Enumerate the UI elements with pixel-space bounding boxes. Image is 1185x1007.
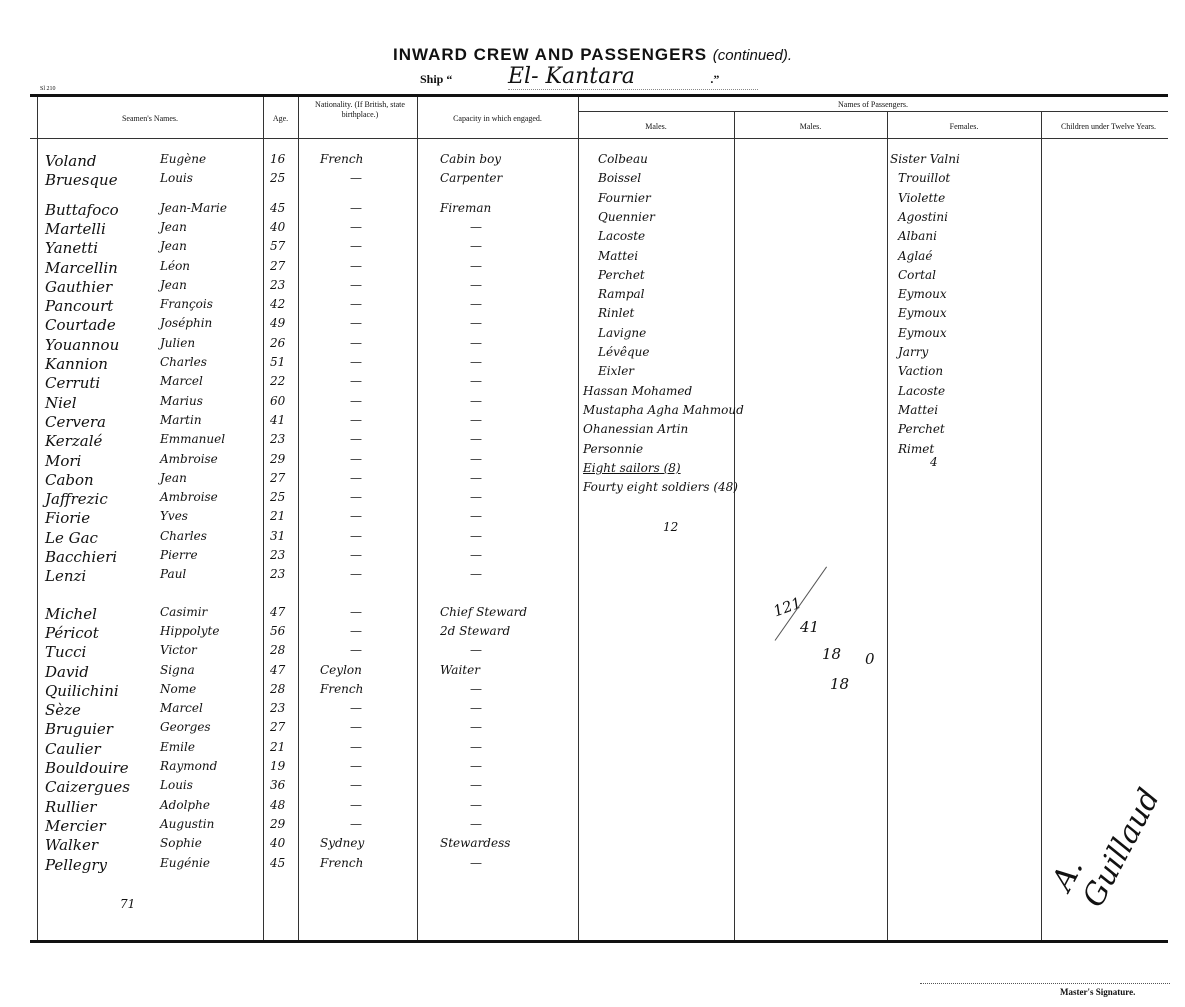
crew-capacity: Stewardess <box>440 836 510 850</box>
header-passengers: Names of Passengers. <box>578 100 1168 110</box>
crew-nationality: — <box>350 394 362 408</box>
passenger-male: Eight sailors (8) <box>583 461 681 475</box>
passenger-male: Perchet <box>598 268 645 282</box>
crew-given-name: Yves <box>160 509 188 523</box>
crew-surname: Mori <box>45 452 81 470</box>
crew-age: 29 <box>270 452 285 466</box>
passenger-male: Lavigne <box>598 326 646 340</box>
ship-label-text: Ship “ <box>420 72 452 86</box>
crew-given-name: Ambroise <box>160 490 218 504</box>
crew-given-name: Joséphin <box>160 316 212 330</box>
crew-surname: Niel <box>45 394 77 412</box>
crew-capacity: — <box>470 548 482 562</box>
table-row: YouannouJulien26—— <box>0 336 1185 355</box>
passenger-female: Aglaé <box>898 249 932 263</box>
crew-nationality: French <box>320 152 363 166</box>
crew-capacity: — <box>470 778 482 792</box>
header-rule <box>30 138 1168 139</box>
crew-given-name: Adolphe <box>160 798 210 812</box>
passenger-male: Rampal <box>598 287 645 301</box>
table-row: BruesqueLouis25—Carpenter <box>0 171 1185 190</box>
passenger-female: Mattei <box>898 403 938 417</box>
crew-nationality: — <box>350 798 362 812</box>
crew-capacity: — <box>470 529 482 543</box>
crew-age: 40 <box>270 220 285 234</box>
table-row: VolandEugène16FrenchCabin boy <box>0 152 1185 171</box>
table-row: FiorieYves21—— <box>0 509 1185 528</box>
table-row: MercierAugustin29—— <box>0 817 1185 836</box>
table-row: YanettiJean57—— <box>0 239 1185 258</box>
crew-age: 27 <box>270 471 285 485</box>
table-row: TucciVictor28—— <box>0 643 1185 662</box>
table-row: PellegryEugénie45French— <box>0 856 1185 875</box>
table-row: CaulierEmile21—— <box>0 740 1185 759</box>
passenger-female: Eymoux <box>898 326 947 340</box>
crew-surname: Le Gac <box>45 529 98 547</box>
crew-surname: Michel <box>45 605 97 623</box>
crew-surname: Voland <box>45 152 97 170</box>
crew-given-name: Charles <box>160 355 207 369</box>
crew-nationality: — <box>350 643 362 657</box>
crew-given-name: Charles <box>160 529 207 543</box>
crew-age: 28 <box>270 682 285 696</box>
crew-surname: David <box>45 663 89 681</box>
crew-nationality: — <box>350 548 362 562</box>
crew-surname: Kerzalé <box>45 432 102 450</box>
crew-given-name: Eugène <box>160 152 206 166</box>
crew-capacity: Carpenter <box>440 171 502 185</box>
table-row: CourtadeJoséphin49—— <box>0 316 1185 335</box>
females-total: 4 <box>930 455 938 469</box>
crew-given-name: Emile <box>160 740 195 754</box>
table-row: BruguierGeorges27—— <box>0 720 1185 739</box>
crew-given-name: Léon <box>160 259 190 273</box>
crew-surname: Caulier <box>45 740 101 758</box>
crew-given-name: Victor <box>160 643 197 657</box>
table-row: CaizerguesLouis36—— <box>0 778 1185 797</box>
crew-nationality: — <box>350 452 362 466</box>
crew-capacity: — <box>470 374 482 388</box>
crew-given-name: Jean <box>160 220 187 234</box>
crew-surname: Pancourt <box>45 297 113 315</box>
crew-nationality: — <box>350 471 362 485</box>
crew-capacity: — <box>470 701 482 715</box>
crew-surname: Bouldouire <box>45 759 129 777</box>
crew-nationality: — <box>350 509 362 523</box>
crew-nationality: — <box>350 413 362 427</box>
header-males-1: Males. <box>578 122 734 132</box>
crew-nationality: — <box>350 355 362 369</box>
crew-nationality: — <box>350 374 362 388</box>
crew-capacity: — <box>470 567 482 581</box>
crew-surname: Lenzi <box>45 567 86 585</box>
crew-surname: Kannion <box>45 355 108 373</box>
title-suffix: (continued). <box>713 47 792 64</box>
crew-capacity: — <box>470 759 482 773</box>
table-row: GauthierJean23—— <box>0 278 1185 297</box>
passenger-male: Ohanessian Artin <box>583 422 688 436</box>
crew-age: 23 <box>270 432 285 446</box>
passenger-female: Trouillot <box>898 171 950 185</box>
crew-capacity: — <box>470 394 482 408</box>
crew-surname: Courtade <box>45 316 116 334</box>
crew-given-name: Paul <box>160 567 186 581</box>
crew-capacity: — <box>470 509 482 523</box>
crew-age: 21 <box>270 740 285 754</box>
title-text: INWARD CREW AND PASSENGERS <box>393 45 707 64</box>
crew-age: 29 <box>270 817 285 831</box>
crew-nationality: — <box>350 740 362 754</box>
crew-given-name: Casimir <box>160 605 207 619</box>
crew-given-name: Augustin <box>160 817 214 831</box>
crew-surname: Quilichini <box>45 682 119 700</box>
crew-surname: Martelli <box>45 220 106 238</box>
crew-nationality: — <box>350 605 362 619</box>
crew-surname: Buttafoco <box>45 201 119 219</box>
crew-capacity: — <box>470 432 482 446</box>
crew-surname: Caizergues <box>45 778 130 796</box>
crew-total: 71 <box>120 897 135 911</box>
crew-capacity: — <box>470 220 482 234</box>
crew-nationality: — <box>350 759 362 773</box>
crew-age: 49 <box>270 316 285 330</box>
crew-age: 22 <box>270 374 285 388</box>
crew-capacity: — <box>470 471 482 485</box>
crew-capacity: — <box>470 817 482 831</box>
crew-capacity: — <box>470 259 482 273</box>
crew-given-name: Emmanuel <box>160 432 225 446</box>
tally-2: 41 <box>800 618 819 636</box>
crew-given-name: Pierre <box>160 548 198 562</box>
header-children: Children under Twelve Years. <box>1041 122 1176 132</box>
passenger-female: Vaction <box>898 364 943 378</box>
crew-capacity: — <box>470 355 482 369</box>
crew-capacity: — <box>470 720 482 734</box>
crew-age: 19 <box>270 759 285 773</box>
crew-given-name: Raymond <box>160 759 217 773</box>
males-total: 12 <box>663 520 678 534</box>
table-row: SèzeMarcel23—— <box>0 701 1185 720</box>
crew-given-name: Martin <box>160 413 202 427</box>
crew-age: 25 <box>270 490 285 504</box>
crew-age: 57 <box>270 239 285 253</box>
crew-age: 47 <box>270 663 285 677</box>
crew-nationality: French <box>320 682 363 696</box>
table-row: MichelCasimir47—Chief Steward <box>0 605 1185 624</box>
crew-given-name: Jean-Marie <box>160 201 227 215</box>
passenger-female: Eymoux <box>898 306 947 320</box>
crew-surname: Jaffrezic <box>45 490 108 508</box>
passenger-female: Sister Valni <box>890 152 960 166</box>
crew-given-name: Ambroise <box>160 452 218 466</box>
header-capacity: Capacity in which engaged. <box>417 114 578 124</box>
crew-capacity: — <box>470 239 482 253</box>
crew-capacity: — <box>470 413 482 427</box>
crew-nationality: Ceylon <box>320 663 362 677</box>
table-row: WalkerSophie40SydneyStewardess <box>0 836 1185 855</box>
crew-given-name: Sophie <box>160 836 202 850</box>
crew-nationality: — <box>350 201 362 215</box>
passenger-male: Lévêque <box>598 345 649 359</box>
crew-given-name: Signa <box>160 663 195 677</box>
crew-surname: Gauthier <box>45 278 112 296</box>
tally-4: 18 <box>830 675 849 693</box>
crew-capacity: — <box>470 297 482 311</box>
passenger-male: Mattei <box>598 249 638 263</box>
passenger-female: Violette <box>898 191 945 205</box>
crew-age: 45 <box>270 201 285 215</box>
passenger-female: Eymoux <box>898 287 947 301</box>
table-row: KannionCharles51—— <box>0 355 1185 374</box>
passenger-female: Rimet <box>898 442 934 456</box>
table-row: LenziPaul23—— <box>0 567 1185 586</box>
crew-given-name: Hippolyte <box>160 624 219 638</box>
crew-surname: Bacchieri <box>45 548 117 566</box>
crew-nationality: — <box>350 778 362 792</box>
crew-surname: Bruesque <box>45 171 118 189</box>
crew-surname: Cervera <box>45 413 106 431</box>
table-row: QuilichiniNome28French— <box>0 682 1185 701</box>
passenger-female: Cortal <box>898 268 936 282</box>
signature-label: Master's Signature. <box>1060 987 1135 997</box>
passenger-subheader-rule <box>578 111 1168 112</box>
crew-age: 60 <box>270 394 285 408</box>
crew-capacity: — <box>470 643 482 657</box>
crew-surname: Rullier <box>45 798 96 816</box>
table-row: PancourtFrançois42—— <box>0 297 1185 316</box>
crew-given-name: Eugénie <box>160 856 210 870</box>
crew-capacity: — <box>470 856 482 870</box>
passenger-male: Eixler <box>598 364 634 378</box>
passenger-male: Personnie <box>583 442 643 456</box>
table-row: Le GacCharles31—— <box>0 529 1185 548</box>
crew-age: 26 <box>270 336 285 350</box>
crew-surname: Mercier <box>45 817 106 835</box>
passenger-male: Quennier <box>598 210 655 224</box>
crew-given-name: François <box>160 297 213 311</box>
crew-age: 27 <box>270 720 285 734</box>
crew-capacity: — <box>470 490 482 504</box>
crew-surname: Marcellin <box>45 259 118 277</box>
crew-surname: Walker <box>45 836 98 854</box>
crew-nationality: French <box>320 856 363 870</box>
passenger-female: Perchet <box>898 422 945 436</box>
crew-nationality: — <box>350 720 362 734</box>
table-row: PéricotHippolyte56—2d Steward <box>0 624 1185 643</box>
crew-given-name: Marcel <box>160 701 203 715</box>
passenger-male: Colbeau <box>598 152 648 166</box>
crew-surname: Péricot <box>45 624 99 642</box>
crew-age: 23 <box>270 567 285 581</box>
crew-capacity: Cabin boy <box>440 152 501 166</box>
tally-5: 0 <box>865 650 875 668</box>
crew-nationality: — <box>350 239 362 253</box>
crew-nationality: Sydney <box>320 836 364 850</box>
page-title: INWARD CREW AND PASSENGERS (continued). <box>0 45 1185 65</box>
crew-surname: Cerruti <box>45 374 100 392</box>
crew-capacity: — <box>470 798 482 812</box>
crew-nationality: — <box>350 701 362 715</box>
tally-3: 18 <box>822 645 841 663</box>
header-age: Age. <box>263 114 298 124</box>
crew-age: 23 <box>270 701 285 715</box>
crew-capacity: — <box>470 682 482 696</box>
crew-given-name: Jean <box>160 239 187 253</box>
crew-nationality: — <box>350 624 362 638</box>
crew-nationality: — <box>350 336 362 350</box>
crew-age: 40 <box>270 836 285 850</box>
crew-capacity: — <box>470 452 482 466</box>
crew-age: 56 <box>270 624 285 638</box>
crew-surname: Fiorie <box>45 509 90 527</box>
header-males-2: Males. <box>734 122 887 132</box>
crew-nationality: — <box>350 316 362 330</box>
crew-surname: Yanetti <box>45 239 98 257</box>
crew-nationality: — <box>350 220 362 234</box>
crew-given-name: Jean <box>160 471 187 485</box>
crew-surname: Tucci <box>45 643 86 661</box>
crew-nationality: — <box>350 171 362 185</box>
crew-nationality: — <box>350 278 362 292</box>
passenger-female: Albani <box>898 229 937 243</box>
crew-age: 48 <box>270 798 285 812</box>
crew-nationality: — <box>350 567 362 581</box>
passenger-female: Jarry <box>898 345 928 359</box>
passenger-male: Fournier <box>598 191 651 205</box>
crew-surname: Bruguier <box>45 720 113 738</box>
signature-line <box>920 983 1170 984</box>
crew-age: 27 <box>270 259 285 273</box>
crew-age: 16 <box>270 152 285 166</box>
crew-given-name: Georges <box>160 720 211 734</box>
crew-nationality: — <box>350 432 362 446</box>
header-nationality: Nationality. (If British, state birthpla… <box>310 100 410 120</box>
passenger-female: Agostini <box>898 210 948 224</box>
passenger-male: Mustapha Agha Mahmoud <box>583 403 744 417</box>
crew-nationality: — <box>350 817 362 831</box>
table-row: BacchieriPierre23—— <box>0 548 1185 567</box>
crew-age: 28 <box>270 643 285 657</box>
crew-surname: Pellegry <box>45 856 107 874</box>
passenger-female: Lacoste <box>898 384 945 398</box>
table-row: MarcellinLéon27—— <box>0 259 1185 278</box>
table-row: DavidSigna47CeylonWaiter <box>0 663 1185 682</box>
crew-given-name: Louis <box>160 778 193 792</box>
crew-given-name: Julien <box>160 336 195 350</box>
form-number: Sl 210 <box>40 86 56 92</box>
crew-capacity: Fireman <box>440 201 491 215</box>
crew-age: 25 <box>270 171 285 185</box>
passenger-male: Fourty eight soldiers (48) <box>583 480 738 494</box>
crew-given-name: Louis <box>160 171 193 185</box>
passenger-male: Lacoste <box>598 229 645 243</box>
crew-nationality: — <box>350 259 362 273</box>
crew-capacity: 2d Steward <box>440 624 510 638</box>
crew-given-name: Nome <box>160 682 196 696</box>
passenger-male: Hassan Mohamed <box>583 384 692 398</box>
bottom-rule <box>30 940 1168 943</box>
crew-capacity: — <box>470 336 482 350</box>
crew-age: 42 <box>270 297 285 311</box>
table-row: MartelliJean40—— <box>0 220 1185 239</box>
crew-given-name: Marius <box>160 394 203 408</box>
table-row: ButtafocoJean-Marie45—Fireman <box>0 201 1185 220</box>
crew-nationality: — <box>350 490 362 504</box>
crew-age: 36 <box>270 778 285 792</box>
crew-age: 41 <box>270 413 285 427</box>
crew-given-name: Marcel <box>160 374 203 388</box>
crew-age: 23 <box>270 548 285 562</box>
header-seamen-names: Seamen's Names. <box>37 114 263 124</box>
crew-age: 21 <box>270 509 285 523</box>
crew-nationality: — <box>350 529 362 543</box>
crew-capacity: — <box>470 278 482 292</box>
crew-surname: Youannou <box>45 336 119 354</box>
crew-capacity: — <box>470 316 482 330</box>
passenger-male: Boissel <box>598 171 641 185</box>
header-females: Females. <box>887 122 1041 132</box>
top-rule <box>30 94 1168 97</box>
crew-age: 47 <box>270 605 285 619</box>
crew-capacity: Waiter <box>440 663 480 677</box>
table-row: BouldouireRaymond19—— <box>0 759 1185 778</box>
crew-age: 51 <box>270 355 285 369</box>
crew-capacity: — <box>470 740 482 754</box>
ship-name: El- Kantara <box>508 64 758 90</box>
crew-age: 31 <box>270 529 285 543</box>
crew-given-name: Jean <box>160 278 187 292</box>
table-row: RullierAdolphe48—— <box>0 798 1185 817</box>
crew-surname: Cabon <box>45 471 94 489</box>
crew-nationality: — <box>350 297 362 311</box>
crew-surname: Sèze <box>45 701 81 719</box>
crew-capacity: Chief Steward <box>440 605 527 619</box>
crew-age: 45 <box>270 856 285 870</box>
passenger-male: Rinlet <box>598 306 634 320</box>
crew-age: 23 <box>270 278 285 292</box>
